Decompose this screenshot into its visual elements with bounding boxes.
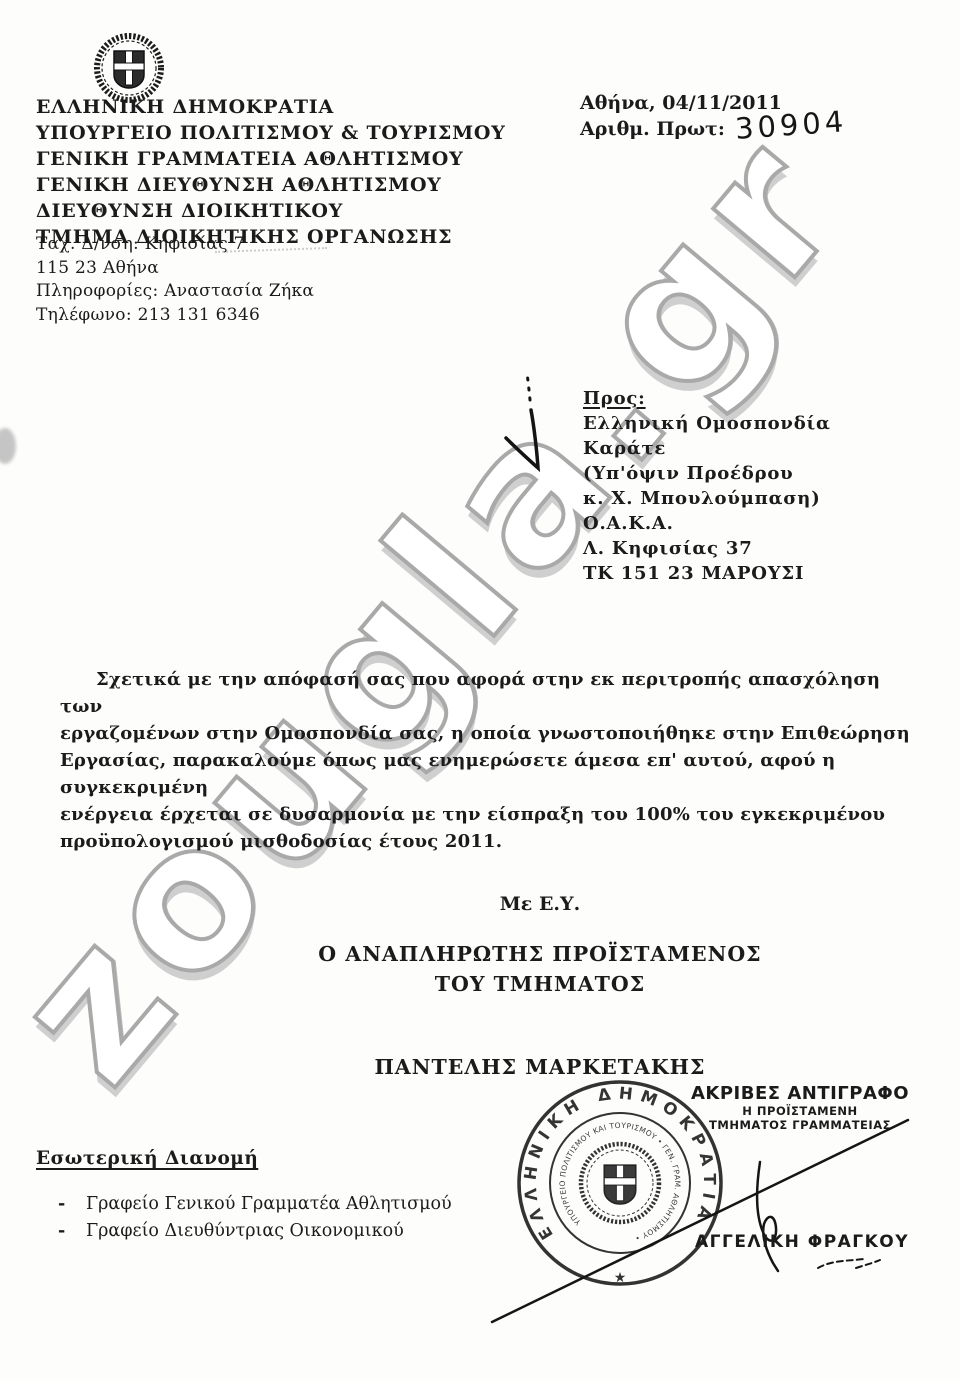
protocol-number-handwritten: 30904 — [734, 108, 848, 142]
contact-line-city: 115 23 Αθήνα — [36, 257, 314, 281]
certifier-name: ΑΓΓΕΛΙΚΗ ΦΡΑΓΚΟΥ — [695, 1232, 909, 1252]
signer-title-line2: ΤΟΥ ΤΜΗΜΑΤΟΣ — [300, 969, 780, 999]
contact-line-info: Πληροφορίες: Αναστασία Ζήκα — [36, 280, 314, 304]
org-line: ΓΕΝΙΚΗ ΓΡΑΜΜΑΤΕΙΑ ΑΘΛΗΤΙΣΜΟΥ — [36, 146, 506, 172]
org-line: ΕΛΛΗΝΙΚΗ ΔΗΜΟΚΡΑΤΙΑ — [36, 94, 506, 120]
dash-bullet: - — [58, 1218, 86, 1245]
distribution-list: - Γραφείο Γενικού Γραμματέα Αθλητισμού -… — [36, 1191, 452, 1245]
letterhead-org-block: ΕΛΛΗΝΙΚΗ ΔΗΜΟΚΡΑΤΙΑ ΥΠΟΥΡΓΕΙΟ ΠΟΛΙΤΙΣΜΟΥ… — [36, 94, 506, 250]
recipient-block: Προς: Ελληνική Ομοσπονδία Καράτε (Υπ'όψι… — [583, 386, 831, 586]
distribution-item: - Γραφείο Γενικού Γραμματέα Αθλητισμού — [36, 1191, 452, 1218]
distribution-block: Εσωτερική Διανομή - Γραφείο Γενικού Γραμ… — [36, 1148, 452, 1245]
contact-line-address: Ταχ. Δ/νση: Κηφισίας 7 — [36, 233, 314, 257]
org-line: ΥΠΟΥΡΓΕΙΟ ΠΟΛΙΤΙΣΜΟΥ & ΤΟΥΡΙΣΜΟΥ — [36, 120, 506, 146]
handwritten-signature-icon — [450, 1100, 930, 1330]
distribution-title: Εσωτερική Διανομή — [36, 1148, 452, 1169]
date-protocol-block: Αθήνα, 04/11/2011 Αριθμ. Πρωτ: 30904 — [580, 90, 847, 142]
distribution-item: - Γραφείο Διευθύντριας Οικονομικού — [36, 1218, 452, 1245]
org-line: ΔΙΕΥΘΥΝΣΗ ΔΙΟΙΚΗΤΙΚΟΥ — [36, 198, 506, 224]
contact-line-phone: Τηλέφωνο: 213 131 6346 — [36, 304, 314, 328]
distribution-item-label: Γραφείο Γενικού Γραμματέα Αθλητισμού — [86, 1191, 452, 1218]
dash-bullet: - — [58, 1191, 86, 1218]
body-paragraph: Σχετικά με την απόφασή σας που αφορά στη… — [60, 666, 920, 855]
signer-title: Ο ΑΝΑΠΛΗΡΩΤΗΣ ΠΡΟΪΣΤΑΜΕΝΟΣ ΤΟΥ ΤΜΗΜΑΤΟΣ — [300, 939, 780, 999]
recipient-label: Προς: — [583, 386, 831, 411]
recipient-address: Ελληνική Ομοσπονδία Καράτε (Υπ'όψιν Προέ… — [583, 411, 831, 586]
scanned-letter-page: { "document": { "header": { "org_lines":… — [0, 0, 960, 1381]
distribution-item-label: Γραφείο Διευθύντριας Οικονομικού — [86, 1218, 404, 1245]
salutation: Με Ε.Υ. — [300, 893, 780, 915]
signer-title-line1: Ο ΑΝΑΠΛΗΡΩΤΗΣ ΠΡΟΪΣΤΑΜΕΝΟΣ — [300, 939, 780, 969]
protocol-label: Αριθμ. Πρωτ: — [580, 116, 725, 142]
org-line: ΓΕΝΙΚΗ ΔΙΕΥΘΥΝΣΗ ΑΘΛΗΤΙΣΜΟΥ — [36, 172, 506, 198]
scan-artifact-blob — [0, 428, 16, 464]
handwritten-checkmark-icon — [440, 340, 560, 490]
